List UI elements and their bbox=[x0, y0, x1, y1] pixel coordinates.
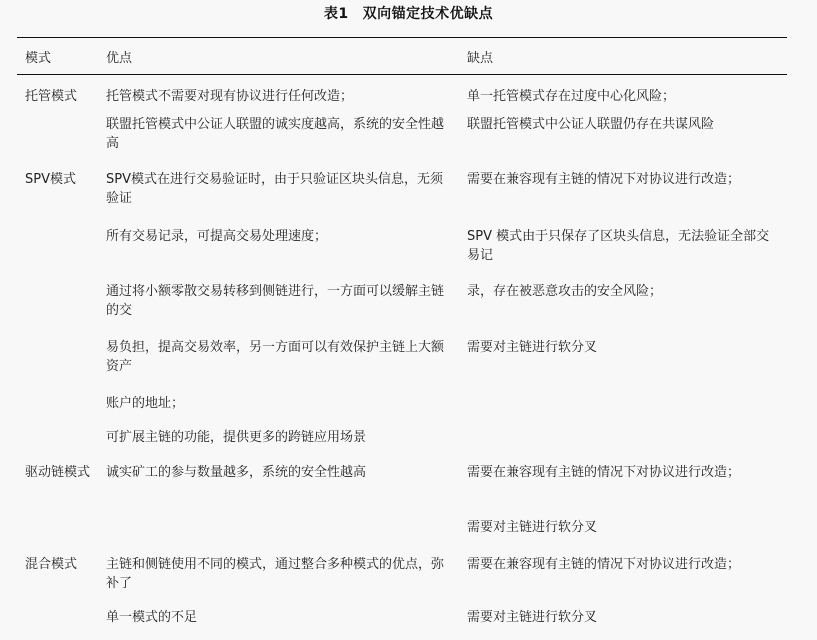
table-number: 表1 bbox=[324, 6, 349, 22]
cell-con: 单一托管模式存在过度中心化风险； bbox=[459, 75, 787, 115]
cell-con: 联盟托管模式中公证人联盟仍存在共谋风险 bbox=[459, 115, 787, 170]
table-row: 需要对主链进行软分叉 bbox=[17, 518, 787, 555]
cell-mode bbox=[17, 115, 98, 170]
table-row: 托管模式托管模式不需要对现有协议进行任何改造；单一托管模式存在过度中心化风险； bbox=[17, 75, 787, 115]
table-row: 混合模式主链和侧链使用不同的模式，通过整合多种模式的优点，弥补了需要在兼容现有主… bbox=[17, 555, 787, 608]
cell-con: 需要在兼容现有主链的情况下对协议进行改造； bbox=[459, 555, 787, 608]
cell-mode bbox=[17, 428, 98, 463]
cell-con: 录，存在被恶意攻击的安全风险； bbox=[459, 282, 787, 338]
cell-pro: 账户的地址； bbox=[98, 394, 459, 428]
cell-pro: 可扩展主链的功能，提供更多的跨链应用场景 bbox=[98, 428, 459, 463]
cell-mode: 混合模式 bbox=[17, 555, 98, 608]
table-row: 可扩展主链的功能，提供更多的跨链应用场景 bbox=[17, 428, 787, 463]
pros-cons-table: 模式 优点 缺点 托管模式托管模式不需要对现有协议进行任何改造；单一托管模式存在… bbox=[17, 37, 787, 638]
header-pros: 优点 bbox=[98, 38, 459, 75]
table-header-row: 模式 优点 缺点 bbox=[17, 38, 787, 75]
table-row: 单一模式的不足需要对主链进行软分叉 bbox=[17, 608, 787, 638]
cell-con: 需要在兼容现有主链的情况下对协议进行改造； bbox=[459, 463, 787, 518]
table-row: SPV模式SPV模式在进行交易验证时，由于只验证区块头信息，无须验证需要在兼容现… bbox=[17, 170, 787, 227]
cell-con: 需要对主链进行软分叉 bbox=[459, 608, 787, 638]
cell-pro: SPV模式在进行交易验证时，由于只验证区块头信息，无须验证 bbox=[98, 170, 459, 227]
table-caption: 表1双向锚定技术优缺点 bbox=[0, 3, 817, 23]
cell-mode bbox=[17, 608, 98, 638]
cell-con bbox=[459, 428, 787, 463]
cell-mode bbox=[17, 282, 98, 338]
header-cons: 缺点 bbox=[459, 38, 787, 75]
cell-mode: 驱动链模式 bbox=[17, 463, 98, 518]
cell-pro: 主链和侧链使用不同的模式，通过整合多种模式的优点，弥补了 bbox=[98, 555, 459, 608]
cell-mode bbox=[17, 227, 98, 282]
cell-mode bbox=[17, 338, 98, 394]
cell-mode bbox=[17, 394, 98, 428]
cell-pro bbox=[98, 518, 459, 555]
cell-pro: 诚实矿工的参与数量越多，系统的安全性越高 bbox=[98, 463, 459, 518]
cell-pro: 易负担，提高交易效率，另一方面可以有效保护主链上大额资产 bbox=[98, 338, 459, 394]
cell-con: 需要对主链进行软分叉 bbox=[459, 338, 787, 394]
table-row: 联盟托管模式中公证人联盟的诚实度越高，系统的安全性越高联盟托管模式中公证人联盟仍… bbox=[17, 115, 787, 170]
table-row: 驱动链模式诚实矿工的参与数量越多，系统的安全性越高需要在兼容现有主链的情况下对协… bbox=[17, 463, 787, 518]
table-row: 易负担，提高交易效率，另一方面可以有效保护主链上大额资产需要对主链进行软分叉 bbox=[17, 338, 787, 394]
cell-mode: 托管模式 bbox=[17, 75, 98, 115]
cell-con: SPV 模式由于只保存了区块头信息，无法验证全部交易记 bbox=[459, 227, 787, 282]
cell-con bbox=[459, 394, 787, 428]
table-title: 双向锚定技术优缺点 bbox=[363, 6, 494, 22]
cell-pro: 联盟托管模式中公证人联盟的诚实度越高，系统的安全性越高 bbox=[98, 115, 459, 170]
cell-pro: 托管模式不需要对现有协议进行任何改造； bbox=[98, 75, 459, 115]
table-row: 账户的地址； bbox=[17, 394, 787, 428]
table-row: 通过将小额零散交易转移到侧链进行，一方面可以缓解主链的交录，存在被恶意攻击的安全… bbox=[17, 282, 787, 338]
cell-con: 需要对主链进行软分叉 bbox=[459, 518, 787, 555]
cell-mode bbox=[17, 518, 98, 555]
cell-pro: 通过将小额零散交易转移到侧链进行，一方面可以缓解主链的交 bbox=[98, 282, 459, 338]
cell-pro: 单一模式的不足 bbox=[98, 608, 459, 638]
header-mode: 模式 bbox=[17, 38, 98, 75]
cell-con: 需要在兼容现有主链的情况下对协议进行改造； bbox=[459, 170, 787, 227]
cell-pro: 所有交易记录，可提高交易处理速度； bbox=[98, 227, 459, 282]
cell-mode: SPV模式 bbox=[17, 170, 98, 227]
table-row: 所有交易记录，可提高交易处理速度；SPV 模式由于只保存了区块头信息，无法验证全… bbox=[17, 227, 787, 282]
